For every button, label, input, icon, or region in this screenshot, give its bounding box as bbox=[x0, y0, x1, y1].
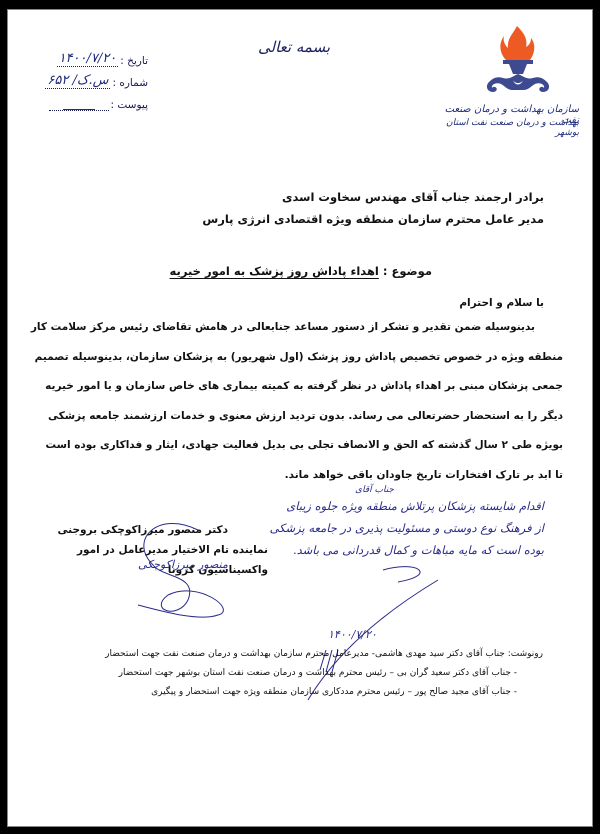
cc-block: رونوشت: جناب آقای دکتر سید مهدی هاشمی- م… bbox=[68, 645, 543, 702]
subject-label: موضوع : bbox=[383, 264, 432, 278]
handwritten-note-header: جناب آقای bbox=[214, 485, 394, 495]
meta-number-label: شماره : bbox=[112, 77, 148, 89]
addressee-title: مدیر عامل محترم سازمان منطقه ویژه اقتصاد… bbox=[184, 208, 544, 230]
meta-attachment-value bbox=[49, 110, 109, 111]
organization-branch: بهداشت و درمان صنعت نفت استان بوشهر bbox=[429, 118, 579, 138]
handwritten-date: ۱۴۰۰/۷/۲۰ bbox=[328, 628, 377, 641]
body-line: دیگر را به استحضار حضرتعالی می رساند. بد… bbox=[48, 402, 563, 432]
meta-attachment-label: پیوست : bbox=[111, 99, 149, 111]
addressee-block: برادر ارجمند جناب آقای مهندس سخاوت اسدی … bbox=[184, 186, 544, 230]
flame-logo-icon bbox=[473, 20, 563, 100]
letter-meta: تاریخ : ۱۴۰۰/۷/۲۰ شماره : س.ک/ ۶۵۲ پیوست… bbox=[38, 45, 148, 111]
body-line: جمعی پزشکان مبنی بر اهداء پاداش در نظر گ… bbox=[48, 372, 563, 402]
letter-body: بدینوسیله ضمن تقدیر و تشکر از دستور مساع… bbox=[48, 313, 563, 490]
signature-scrawl: منصور میرزاکوچکی bbox=[138, 558, 228, 571]
body-line: بویژه طی ۲ سال گذشته که الحق و الانصاف ت… bbox=[48, 431, 563, 461]
cc-item: - جناب آقای دکتر سعید گران بی – رئیس محت… bbox=[68, 664, 543, 683]
cc-label: رونوشت: bbox=[508, 649, 543, 659]
meta-number-value: س.ک/ ۶۵۲ bbox=[45, 73, 110, 89]
organization-logo: سازمان بهداشت و درمان صنعت نفت بهداشت و … bbox=[453, 20, 583, 130]
body-line: بدینوسیله ضمن تقدیر و تشکر از دستور مساع… bbox=[48, 313, 563, 343]
cc-item-text: جناب آقای دکتر سید مهدی هاشمی- مدیرعامل … bbox=[105, 649, 505, 659]
addressee-name: برادر ارجمند جناب آقای مهندس سخاوت اسدی bbox=[184, 186, 544, 208]
subject-text: اهداء پاداش روز پزشک به امور خیریه bbox=[170, 264, 379, 278]
meta-date-row: تاریخ : ۱۴۰۰/۷/۲۰ bbox=[38, 45, 148, 67]
signatory-name: دکتر منصور میرزاکوچکی بروجنی bbox=[48, 520, 268, 540]
meta-date-label: تاریخ : bbox=[120, 55, 148, 67]
greeting: با سلام و احترام bbox=[459, 297, 544, 309]
meta-attachment-row: پیوست : bbox=[38, 89, 148, 111]
letter-page: بسمه تعالی تاریخ : ۱۴۰۰/۷/۲۰ شماره : س.ک… bbox=[7, 9, 593, 827]
body-line: منطقه ویژه در خصوص تخصیص پاداش روز پزشک … bbox=[48, 343, 563, 373]
cc-item: - جناب آقای مجید صالح پور – رئیس محترم م… bbox=[68, 683, 543, 702]
meta-date-value: ۱۴۰۰/۷/۲۰ bbox=[57, 51, 119, 67]
signature-block: دکتر منصور میرزاکوچکی بروجنی نماینده تام… bbox=[48, 520, 268, 580]
handwritten-note-line: اقدام شایسته پزشکان پرتلاش منطقه ویژه جل… bbox=[214, 495, 544, 517]
cc-item: رونوشت: جناب آقای دکتر سید مهدی هاشمی- م… bbox=[68, 645, 543, 664]
subject-line: موضوع : اهداء پاداش روز پزشک به امور خیر… bbox=[170, 264, 432, 278]
bismillah-heading: بسمه تعالی bbox=[258, 38, 330, 56]
meta-number-row: شماره : س.ک/ ۶۵۲ bbox=[38, 67, 148, 89]
